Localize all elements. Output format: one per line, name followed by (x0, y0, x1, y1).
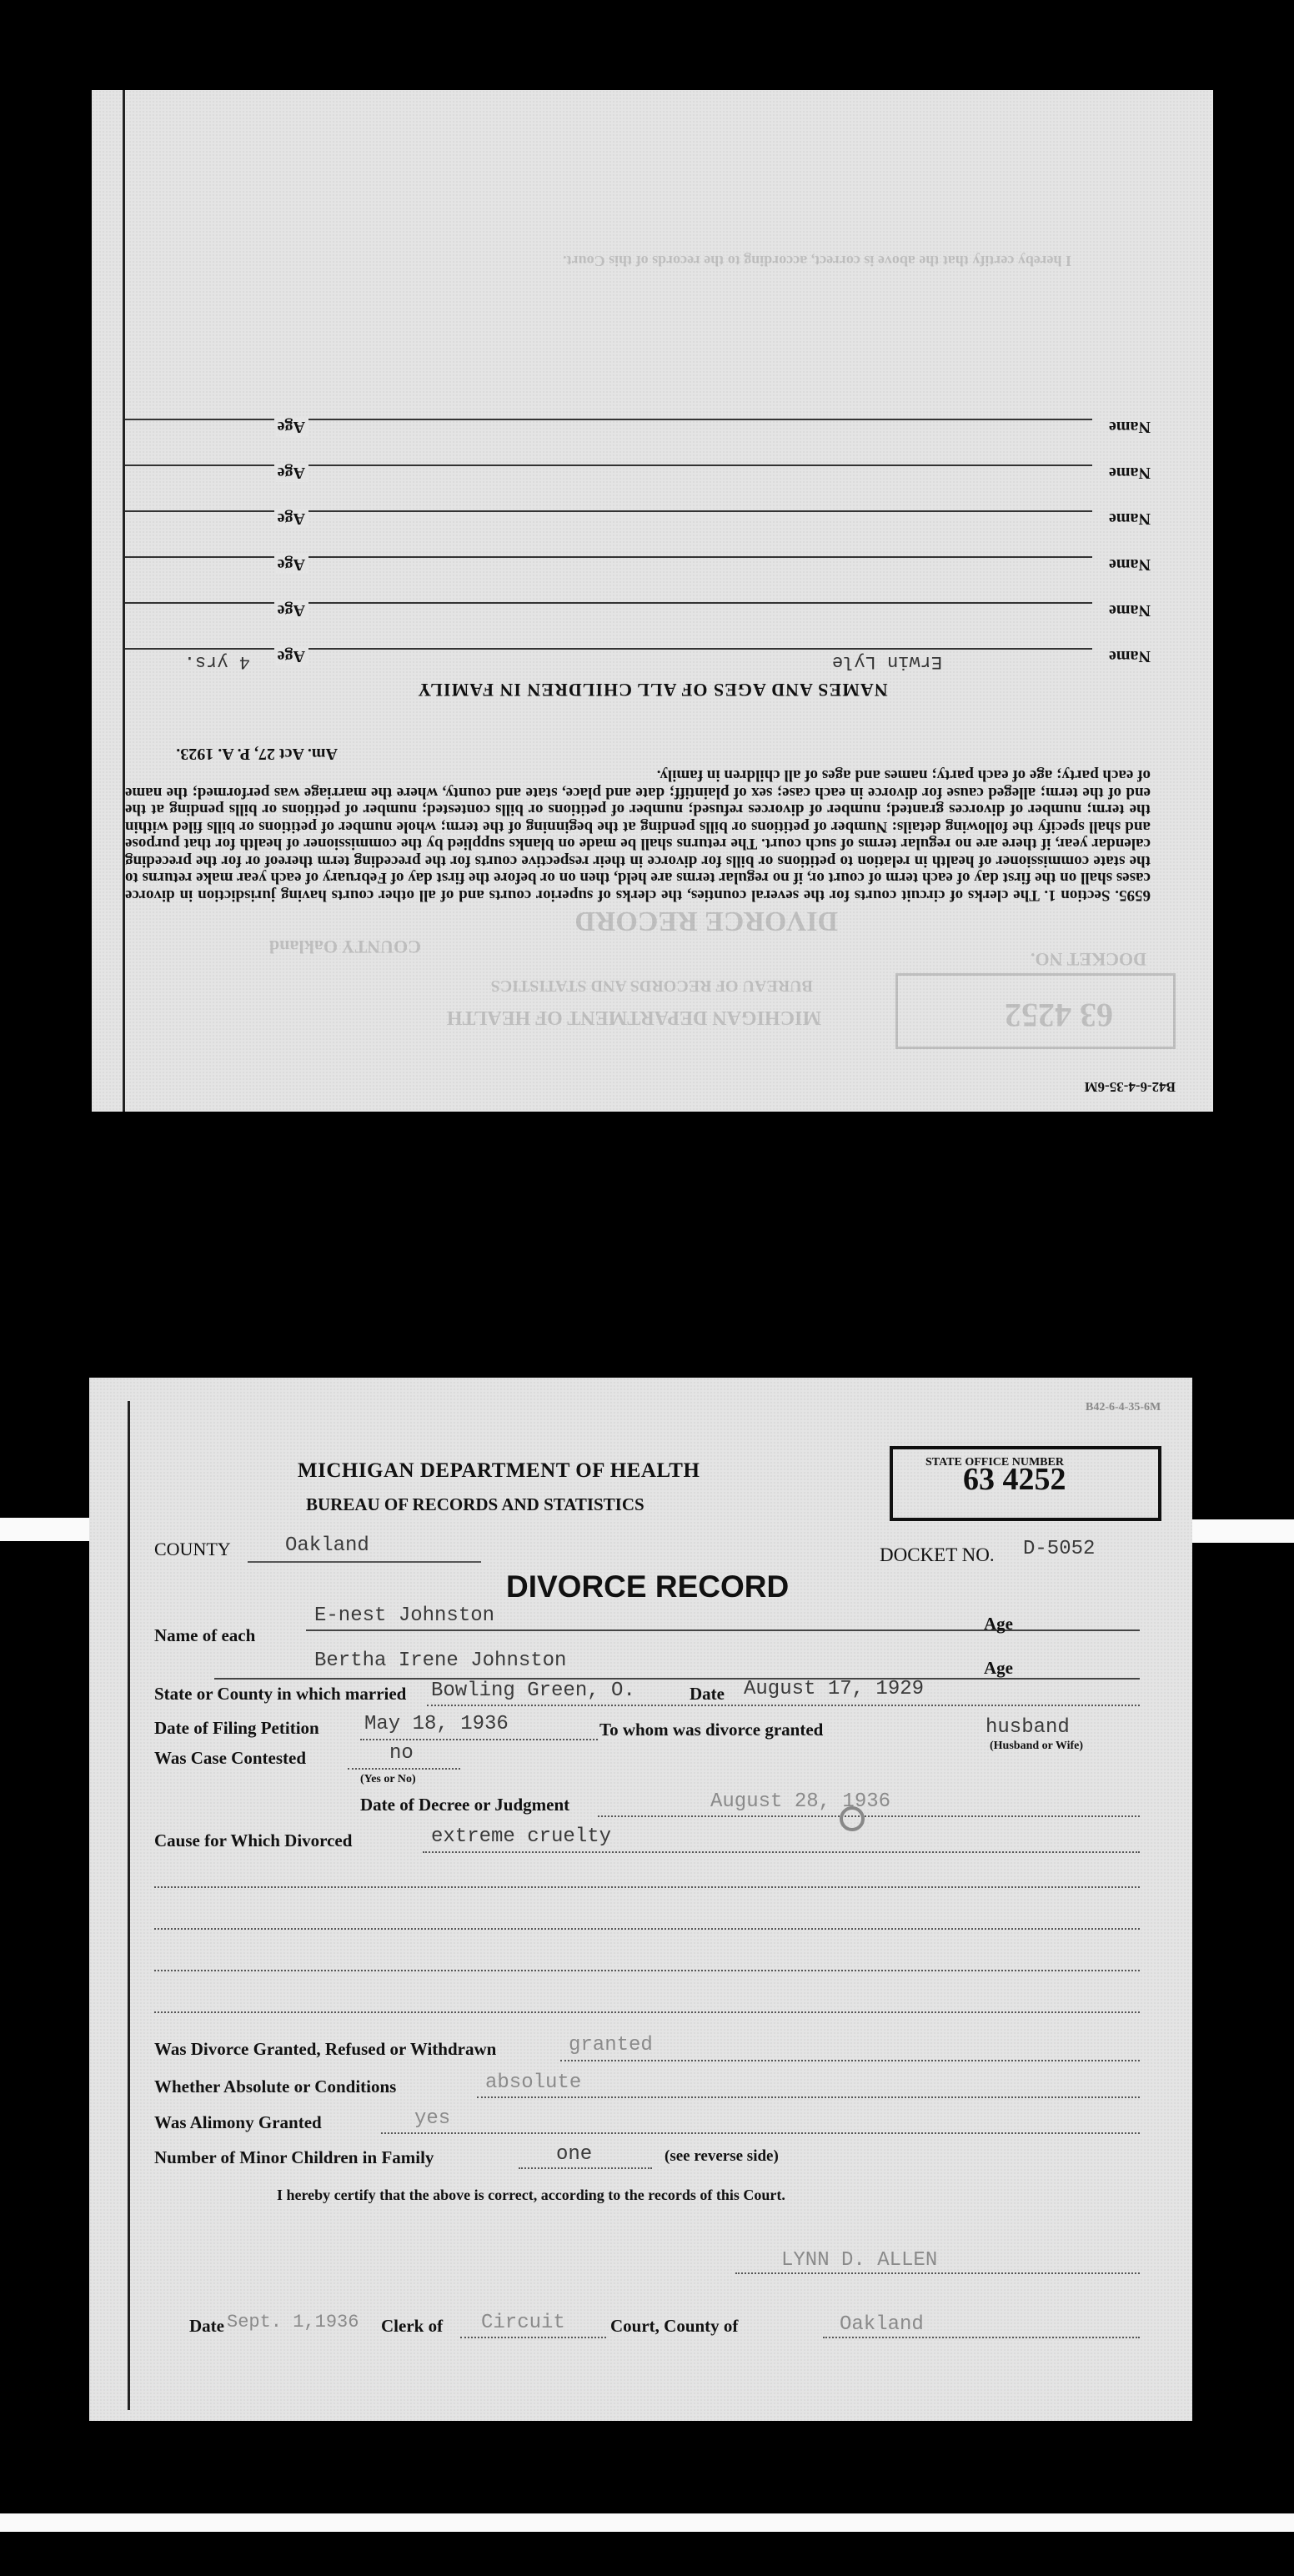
filing-date-label: Date of Filing Petition (154, 1718, 319, 1739)
court-county-label: Court, County of (610, 2316, 738, 2337)
child-row-line (125, 556, 1092, 558)
clerk-signature: LYNN D. ALLEN (781, 2249, 937, 2272)
minor-children-value: one (556, 2143, 592, 2166)
bleed-bureau: BUREAU OF RECORDS AND STATISTICS (491, 976, 813, 995)
name-of-each-label: Name of each (154, 1625, 255, 1646)
child-name-value: Erwin Lyle (832, 651, 942, 672)
document-title: DIVORCE RECORD (506, 1569, 789, 1604)
child-row: Name Erwin Lyle Age 4 yrs. (125, 645, 1151, 670)
statute-text: 6595. Section 1. The clerks of circuit c… (125, 766, 1151, 903)
date-label: Date (189, 2316, 224, 2337)
child-name-label: Name (1109, 463, 1151, 482)
child-age-label: Age (274, 509, 308, 528)
signature-line (735, 2272, 1140, 2274)
reverse-page-rotated-content: B42-6-4-35-6M MICHIGAN DEPARTMENT OF HEA… (92, 90, 1213, 1112)
absolute-value: absolute (485, 2071, 581, 2094)
clerk-of-line (460, 2337, 606, 2338)
child-row: Name Age (125, 461, 1151, 486)
child-age-label: Age (274, 646, 308, 665)
minor-children-label: Number of Minor Children in Family (154, 2147, 434, 2168)
child-age-value: 4 yrs. (184, 651, 250, 672)
decree-line (598, 1815, 1140, 1817)
alimony-line (381, 2132, 1140, 2134)
married-line (427, 1705, 1140, 1706)
bleed-dept: MICHIGAN DEPARTMENT OF HEALTH (447, 1006, 821, 1028)
state-office-number: 63 4252 (963, 1461, 1066, 1498)
minor-children-hint: (see reverse side) (665, 2147, 779, 2166)
outcome-value: granted (569, 2034, 653, 2056)
clerk-of-value: Circuit (481, 2312, 565, 2334)
contested-hint: (Yes or No) (360, 1773, 416, 1786)
child-row-line (125, 510, 1092, 512)
form-number: B42-6-4-35-6M (1086, 1401, 1161, 1414)
married-date-value: August 17, 1929 (744, 1678, 924, 1700)
blank-line (154, 2011, 1140, 2013)
granted-to-value: husband (986, 1716, 1070, 1739)
cause-label: Cause for Which Divorced (154, 1830, 352, 1851)
bleed-state-number-text: 63 4252 (1005, 996, 1113, 1035)
child-age-label: Age (274, 463, 308, 482)
county-label: COUNTY (154, 1539, 231, 1560)
bleed-county: COUNTY Oakland (269, 936, 421, 957)
statute-reference: Am. Act 27, P. A. 1923. (176, 744, 338, 763)
docket-value: D-5052 (1023, 1538, 1095, 1560)
scanner-bar-left (0, 1518, 89, 1541)
granted-to-hint: (Husband or Wife) (990, 1740, 1083, 1753)
bleed-title: DIVORCE RECORD (574, 905, 838, 936)
court-county-line (823, 2337, 1140, 2338)
absolute-line (477, 2096, 1140, 2098)
bleed-certify: I hereby certify that the above is corre… (563, 252, 1071, 269)
child-name-label: Name (1109, 509, 1151, 528)
cause-line (423, 1851, 1140, 1853)
county-value: Oakland (285, 1534, 369, 1557)
children-heading: NAMES AND AGES OF ALL CHILDREN IN FAMILY (92, 679, 1213, 700)
cause-value: extreme cruelty (431, 1825, 611, 1848)
bureau-title: BUREAU OF RECORDS AND STATISTICS (306, 1494, 644, 1515)
outcome-label: Was Divorce Granted, Refused or Withdraw… (154, 2039, 496, 2060)
child-name-label: Name (1109, 555, 1151, 574)
contested-value: no (389, 1742, 414, 1765)
scanner-bar-right (1192, 1519, 1294, 1543)
blank-line (154, 1970, 1140, 1971)
party2-age-label: Age (984, 1658, 1013, 1679)
child-row: Name Age (125, 507, 1151, 532)
decree-date-value: August 28, 1936 (710, 1790, 890, 1813)
minor-children-line (519, 2167, 652, 2169)
reverse-page: B42-6-4-35-6M MICHIGAN DEPARTMENT OF HEA… (92, 90, 1213, 1112)
bleed-docket: DOCKET NO. (1031, 948, 1146, 970)
child-name-label: Name (1109, 417, 1151, 436)
date-value: Sept. 1,1936 (227, 2312, 359, 2332)
married-place-label: State or County in which married (154, 1684, 406, 1705)
seal-mark-icon (840, 1806, 865, 1831)
child-row-line (125, 648, 1092, 650)
party1-age-label: Age (984, 1614, 1013, 1634)
child-name-label: Name (1109, 600, 1151, 620)
absolute-label: Whether Absolute or Conditions (154, 2076, 396, 2097)
dept-title: MICHIGAN DEPARTMENT OF HEALTH (298, 1459, 700, 1483)
clerk-of-label: Clerk of (381, 2316, 443, 2337)
child-age-label: Age (274, 600, 308, 620)
child-row: Name Age (125, 415, 1151, 440)
docket-label: DOCKET NO. (880, 1544, 995, 1566)
blank-line (154, 1928, 1140, 1930)
alimony-value: yes (414, 2107, 450, 2130)
party1-line (306, 1629, 1140, 1631)
county-line (248, 1561, 481, 1563)
child-name-label: Name (1109, 646, 1151, 665)
child-row-line (125, 602, 1092, 604)
outcome-line (560, 2060, 1140, 2061)
child-age-label: Age (274, 417, 308, 436)
alimony-label: Was Alimony Granted (154, 2112, 322, 2133)
contested-line (348, 1768, 460, 1770)
married-place-value: Bowling Green, O. (431, 1680, 635, 1702)
party1-name: E-nest Johnston (314, 1604, 494, 1627)
child-row-line (125, 419, 1092, 420)
child-row: Name Age (125, 553, 1151, 578)
decree-date-label: Date of Decree or Judgment (360, 1795, 569, 1815)
front-page: B42-6-4-35-6M MICHIGAN DEPARTMENT OF HEA… (89, 1378, 1192, 2421)
certify-text: I hereby certify that the above is corre… (277, 2187, 785, 2204)
filing-date-value: May 18, 1936 (364, 1713, 509, 1735)
child-row-line (125, 464, 1092, 466)
filing-line (360, 1739, 598, 1740)
court-county-value: Oakland (840, 2313, 924, 2336)
scanner-bar-bottom (0, 2513, 1294, 2532)
party2-name: Bertha Irene Johnston (314, 1650, 566, 1672)
contested-label: Was Case Contested (154, 1748, 306, 1769)
child-row: Name Age (125, 599, 1151, 624)
child-age-label: Age (274, 555, 308, 574)
blank-line (154, 1886, 1140, 1888)
married-date-label: Date (690, 1684, 725, 1705)
granted-to-label: To whom was divorce granted (599, 1720, 823, 1740)
form-number: B42-6-4-35-6M (1084, 1078, 1176, 1095)
page-margin-line (128, 1401, 130, 2410)
